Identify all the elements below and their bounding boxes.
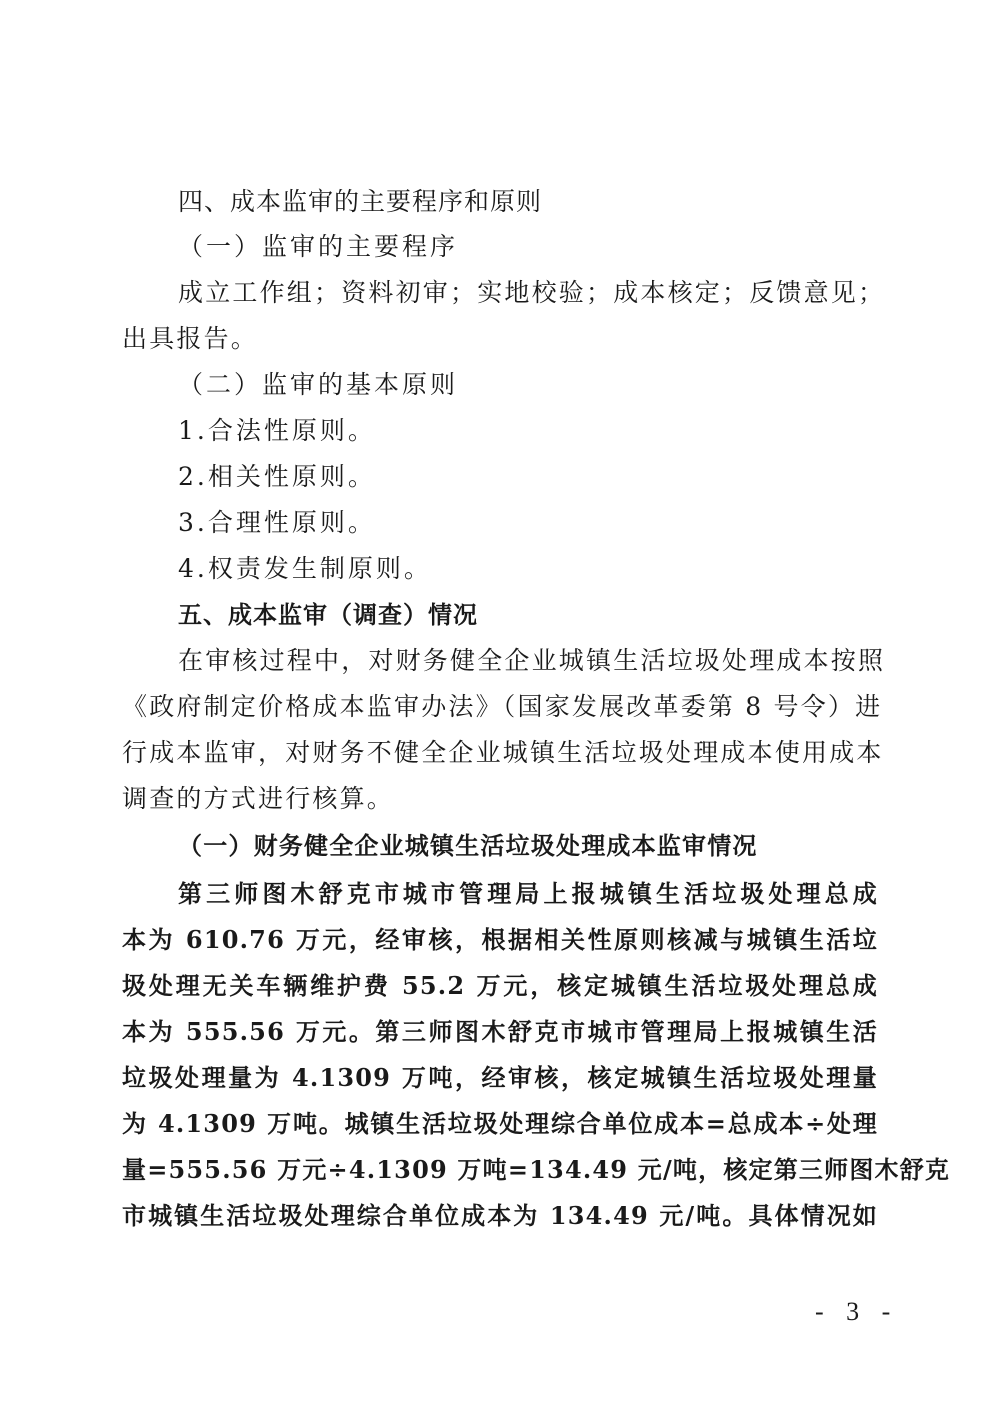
paragraph-line: 本为 555.56 万元。第三师图木舒克市城市管理局上报城镇生活 — [122, 1014, 878, 1050]
subsection-heading-audit: （一）财务健全企业城镇生活垃圾处理成本监审情况 — [178, 828, 878, 864]
paragraph-line: 市城镇生活垃圾处理综合单位成本为 134.49 元/吨。具体情况如 — [122, 1198, 878, 1234]
subsection-heading-principles: （二）监审的基本原则 — [178, 367, 878, 403]
section-heading-4: 四、成本监审的主要程序和原则 — [178, 184, 878, 220]
section-heading-5: 五、成本监审（调查）情况 — [178, 597, 878, 633]
principle-item: 4.权责发生制原则。 — [178, 551, 934, 587]
paragraph-line: 圾处理无关车辆维护费 55.2 万元，核定城镇生活垃圾处理总成 — [122, 968, 878, 1004]
paragraph-line: 本为 610.76 万元，经审核，根据相关性原则核减与城镇生活垃 — [122, 922, 878, 958]
paragraph-line: 行成本监审，对财务不健全企业城镇生活垃圾处理成本使用成本 — [122, 735, 878, 771]
paragraph-line: 《政府制定价格成本监审办法》（国家发展改革委第 8 号令）进 — [122, 689, 878, 725]
principle-item: 2.相关性原则。 — [178, 459, 934, 495]
paragraph-line: 量=555.56 万元÷4.1309 万吨=134.49 元/吨，核定第三师图木… — [122, 1152, 878, 1188]
subsection-heading-procedures: （一）监审的主要程序 — [178, 229, 878, 265]
paragraph-line: 为 4.1309 万吨。城镇生活垃圾处理综合单位成本=总成本÷处理 — [122, 1106, 878, 1142]
paragraph-line: 在审核过程中，对财务健全企业城镇生活垃圾处理成本按照 — [178, 643, 878, 679]
principle-item: 3.合理性原则。 — [178, 505, 934, 541]
page-number: - 3 - — [815, 1297, 898, 1327]
paragraph-line: 成立工作组；资料初审；实地校验；成本核定；反馈意见； — [178, 275, 878, 311]
paragraph-line: 调查的方式进行核算。 — [122, 781, 878, 817]
paragraph-line: 出具报告。 — [122, 321, 878, 357]
paragraph-line: 第三师图木舒克市城市管理局上报城镇生活垃圾处理总成 — [178, 876, 878, 912]
principle-item: 1.合法性原则。 — [178, 413, 934, 449]
document-page: 四、成本监审的主要程序和原则 （一）监审的主要程序 成立工作组；资料初审；实地校… — [0, 0, 1000, 1415]
paragraph-line: 垃圾处理量为 4.1309 万吨，经审核，核定城镇生活垃圾处理量 — [122, 1060, 878, 1096]
